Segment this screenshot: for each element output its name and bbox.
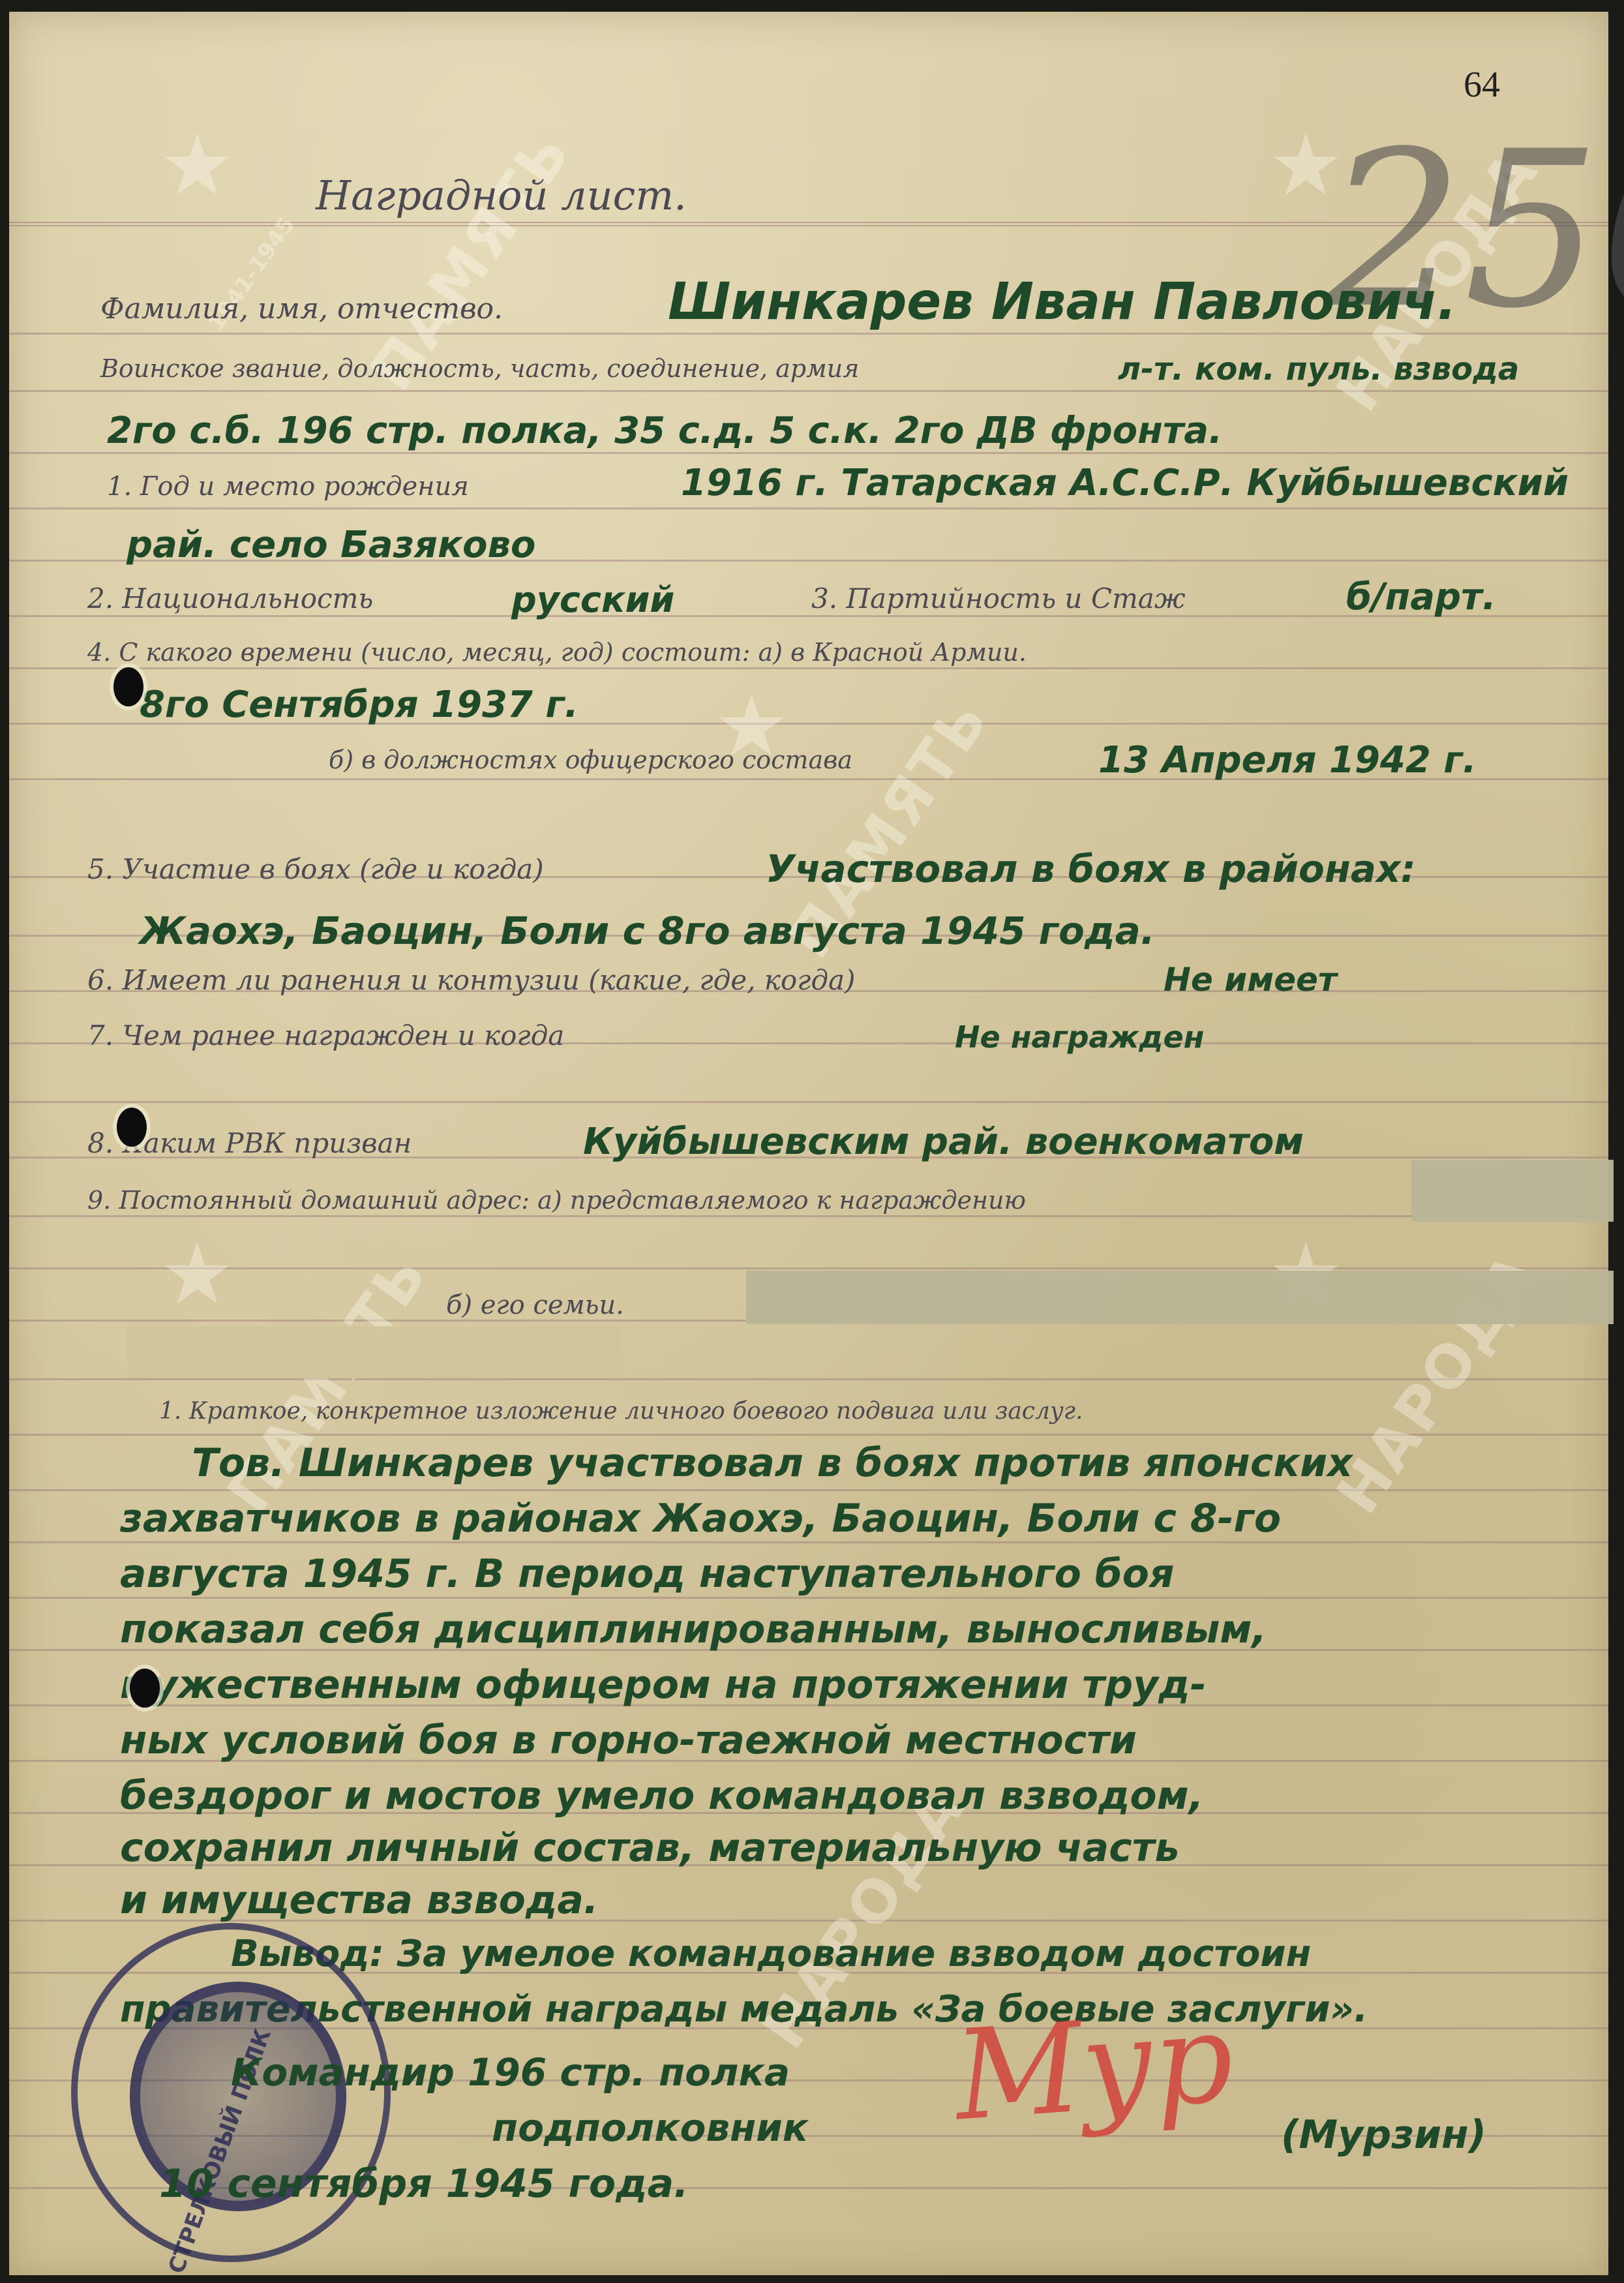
star-icon: ★ [159,1232,235,1316]
ruled-line [9,1489,1608,1491]
address-label: 9. Постоянный домашний адрес: а) предста… [87,1186,1026,1215]
officer-label: б) в должностях офицерского состава [329,746,852,774]
feat-label: 1. Краткое, конкретное изложение личного… [159,1398,1083,1425]
ruled-line [9,667,1608,669]
punch-hole [117,1108,147,1147]
draft-office-value: Куйбышевским рай. военкоматом [583,1121,1304,1163]
feat-line: захватчиков в районах Жаохэ, Баоцин, Бол… [120,1496,1281,1541]
red-signature: Мур [950,1985,1238,2148]
feat-line: и имущества взвода. [120,1877,599,1923]
birth-label: 1. Год и место рождения [107,472,469,502]
feat-line: ных условий боя в горно-таежной местност… [120,1717,1137,1763]
star-icon: ★ [159,123,235,207]
family-address-label: б) его семьи. [446,1290,624,1320]
ruled-line [9,1101,1608,1103]
watermark-text: НАРОДА [1287,1349,1588,1417]
rank-label: Воинское звание, должность, часть, соеди… [100,354,859,383]
ruled-line [9,390,1608,392]
combat-value-1: Участвовал в боях в районах: [766,847,1416,891]
watermark-text: 1941-1945 ПАМЯТЬ [185,227,620,295]
party-value: б/парт. [1346,576,1496,618]
prior-awards-label: 7. Чем ранее награжден и когда [87,1020,564,1051]
name-label: Фамилия, имя, отчество. [100,292,503,325]
ruled-line [9,1378,1608,1380]
feat-line: сохранил личный состав, материальную час… [120,1825,1179,1871]
sheet-number: 64 [1464,64,1500,106]
service-label: 4. С какого времени (число, месяц, год) … [87,638,1027,667]
family-address-redaction [746,1271,1614,1324]
combat-value-2: Жаохэ, Баоцин, Боли с 8го августа 1945 г… [140,909,1155,953]
wounds-value: Не имеет [1164,961,1337,999]
signoff-name: (Мурзин) [1281,2112,1486,2158]
ruled-line [9,1434,1608,1436]
birth-value-1: 1916 г. Татарская А.С.С.Р. Куйбышевский [681,462,1569,504]
signoff-rank: подполковник [492,2106,808,2150]
family-address-redaction-2 [127,1326,622,1378]
party-label: 3. Партийность и Стаж [811,582,1186,614]
prior-awards-value: Не награжден [955,1020,1204,1055]
officer-value: 13 Апреля 1942 г. [1098,739,1477,781]
document-title: Наградной лист. [316,172,687,219]
address-redaction [1411,1160,1614,1222]
signoff-position: Командир 196 стр. полка [231,2050,790,2094]
ruled-line [9,1597,1608,1599]
feat-line: августа 1945 г. В период наступательного… [120,1551,1174,1597]
watermark: ★ [159,123,235,207]
award-sheet-page: ★ 1941-1945 ПАМЯТЬ ★ НАРОДА ★ ПАМЯТЬ ★ П… [9,12,1608,2275]
ruled-line [9,1215,1608,1217]
combat-label: 5. Участие в боях (где и когда) [87,853,544,885]
name-value: Шинкарев Иван Павлович. [668,273,1456,331]
ruled-line [9,507,1608,509]
birth-value-2: рай. село Базяково [127,524,535,566]
feat-line: бездорог и мостов умело командовал взвод… [120,1773,1203,1819]
watermark: ★ [159,1232,235,1316]
punch-hole [130,1669,160,1708]
conclusion-line-1: Вывод: За умелое командование взводом до… [231,1933,1311,1975]
nationality-label: 2. Национальность [87,582,373,614]
punch-hole [113,667,143,706]
service-value: 8го Сентября 1937 г. [140,684,579,726]
nationality-value: русский [511,579,674,620]
ruled-line [9,1267,1608,1269]
rank-value-1: л-т. ком. пуль. взвода [1118,351,1519,387]
wounds-label: 6. Имеет ли ранения и контузии (какие, г… [87,964,855,996]
ruled-line [9,1541,1608,1543]
feat-line: показал себя дисциплинированным, выносли… [120,1607,1267,1652]
feat-line: Тов. Шинкарев участвовал в боях против я… [192,1440,1353,1486]
feat-line: мужественным офицером на протяжении труд… [120,1662,1207,1708]
signoff-date: 10 сентября 1945 года. [159,2161,689,2207]
ruled-line [9,452,1608,454]
rank-value-2: 2го с.б. 196 стр. полка, 35 с.д. 5 с.к. … [107,410,1222,452]
